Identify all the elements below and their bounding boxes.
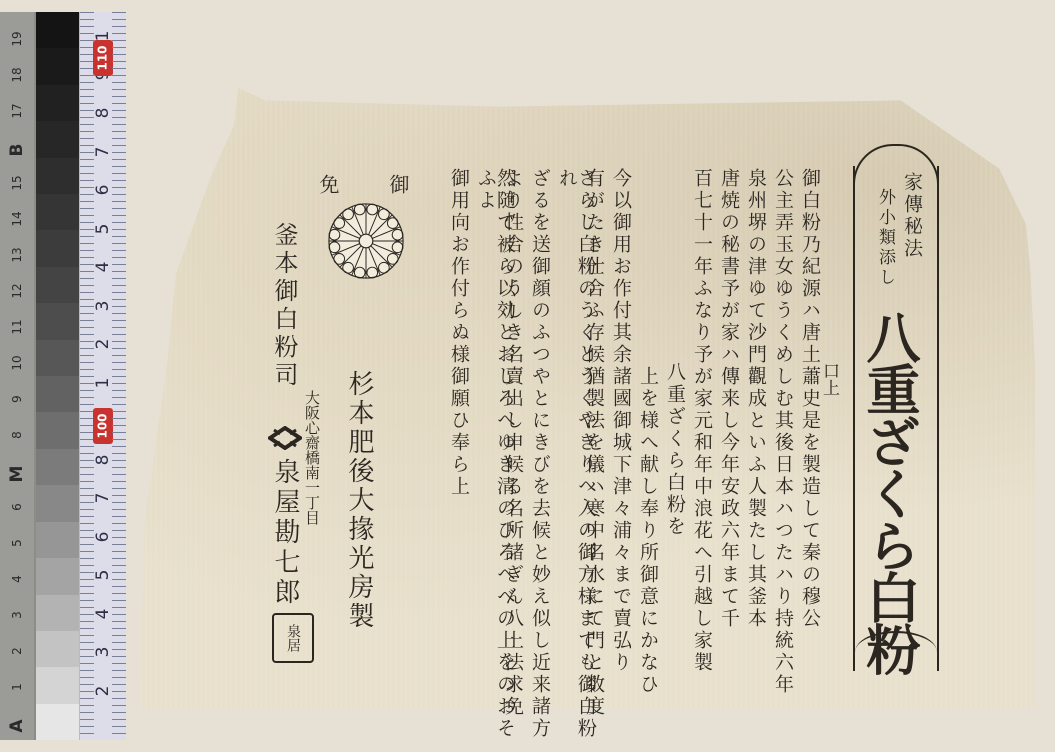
measurement-ruler: 198765432198765432110100 <box>79 12 126 740</box>
body-heading: 口上 <box>820 362 837 396</box>
gray-patch <box>36 85 80 121</box>
gray-patch <box>36 704 80 740</box>
scale-label: 8 <box>10 422 24 448</box>
gray-patch <box>36 12 80 48</box>
seal-stamp: 泉居 <box>272 613 314 663</box>
gray-patch <box>36 595 80 631</box>
gray-patch <box>36 267 80 303</box>
body-column: 泉州堺の津ゆて沙門觀成といふ人製たし其釜本 <box>746 168 765 630</box>
body-column: 公主弄玉女ゆうくめしむ其後日本ハつたハり持統六年 <box>773 168 792 696</box>
maker-name: 杉本肥後大掾光房製 <box>346 370 372 631</box>
body-column: 御白粉乃紀源ハ唐土蕭史是を製造して秦の穆公 <box>800 168 819 630</box>
ruler-number: 8 <box>93 102 113 124</box>
gray-patch <box>36 412 80 448</box>
ruler-number: 2 <box>93 333 113 355</box>
ruler-number: 3 <box>93 295 113 317</box>
body-column: 今以御用お作付其余諸國御城下津々浦々まで賣弘り <box>611 168 630 674</box>
scale-label: 17 <box>10 98 24 124</box>
scale-label: 14 <box>10 206 24 232</box>
scale-label: M <box>7 461 27 487</box>
scale-label: 4 <box>10 566 24 592</box>
ruler-number: 2 <box>93 680 113 702</box>
scale-label: 18 <box>10 62 24 88</box>
gray-patch <box>36 485 80 521</box>
ruler-number: 5 <box>93 564 113 586</box>
ruler-number: 3 <box>93 641 113 663</box>
permission-char-right: 御 <box>388 174 408 194</box>
scale-label: 1 <box>10 674 24 700</box>
header-secret-method: 家傳秘法 <box>902 172 921 260</box>
ruler-number: 4 <box>93 256 113 278</box>
shop-mark-icon <box>268 426 302 450</box>
scale-label: 19 <box>10 26 24 52</box>
scale-label: 6 <box>10 494 24 520</box>
ruler-number: 6 <box>93 179 113 201</box>
scale-label: 5 <box>10 530 24 556</box>
gray-patch <box>36 158 80 194</box>
chrysanthemum-crest-icon <box>327 202 405 280</box>
body-column: 上を様へ献し奉り所御意にかなひ <box>638 366 657 696</box>
gray-patch <box>36 340 80 376</box>
gray-scale-strip <box>36 12 80 740</box>
header-subtitle: 外小類添し <box>876 188 893 288</box>
scale-label: 13 <box>10 242 24 268</box>
scale-label: 15 <box>10 170 24 196</box>
ruler-number: 1 <box>93 372 113 394</box>
ruler-number: 4 <box>93 603 113 625</box>
ruler-badge: 110 <box>93 40 113 76</box>
gray-patch <box>36 376 80 412</box>
gray-patch <box>36 303 80 339</box>
scale-label: A <box>7 713 27 739</box>
gray-patch <box>36 194 80 230</box>
ruler-number: 7 <box>93 141 113 163</box>
body-column: 然随て被ら以効とおしろへゆき清のひろへべの上をのおそふよ <box>476 168 514 752</box>
scale-label: 11 <box>10 314 24 340</box>
scale-label: 2 <box>10 638 24 664</box>
gray-patch <box>36 449 80 485</box>
gray-patch <box>36 522 80 558</box>
body-column: 御用向お作付らぬ様御願ひ奉ら上 <box>449 168 468 498</box>
shop-name: 泉屋勘七郎 <box>272 458 298 608</box>
ruler-number: 5 <box>93 218 113 240</box>
gray-patch <box>36 230 80 266</box>
official-title: 釜本御白粉司 <box>272 222 296 390</box>
gray-patch <box>36 48 80 84</box>
ruler-number: 6 <box>93 526 113 548</box>
ruler-number: 8 <box>93 449 113 471</box>
gray-patch <box>36 667 80 703</box>
scale-label: 10 <box>10 350 24 376</box>
gray-patch <box>36 121 80 157</box>
scale-label: B <box>7 137 27 163</box>
body-column: ざるを送御顔のふつやとにきびを去候と妙え似し近来諸方 <box>530 168 549 740</box>
gray-patch <box>36 631 80 667</box>
permission-char-left: 免 <box>318 174 338 194</box>
ruler-badge: 100 <box>93 408 113 444</box>
scale-label: 12 <box>10 278 24 304</box>
product-title: 八重ざくら白粉 <box>863 310 917 674</box>
body-column: 唐焼の秘書予が家ハ傳来し今年安政六年まて千 <box>719 168 738 630</box>
scale-label: 3 <box>10 602 24 628</box>
color-calibration-card: 191817B15141312111098M654321A <box>0 12 80 740</box>
scale-label: 9 <box>10 386 24 412</box>
body-column: 八重ざくら白粉を <box>665 362 684 538</box>
body-column: 百七十一年ふなり予が家元和年中浪花へ引越し家製 <box>692 168 711 674</box>
ruler-number: 7 <box>93 487 113 509</box>
gray-scale-labels: 191817B15141312111098M654321A <box>0 12 34 740</box>
gray-patch <box>36 558 80 594</box>
body-column: さらし白粉のうくとうくやきりへ入の御方様まても御白粉れ <box>557 168 595 752</box>
shop-address: 大阪心齋橋南一丁目 <box>304 390 319 525</box>
